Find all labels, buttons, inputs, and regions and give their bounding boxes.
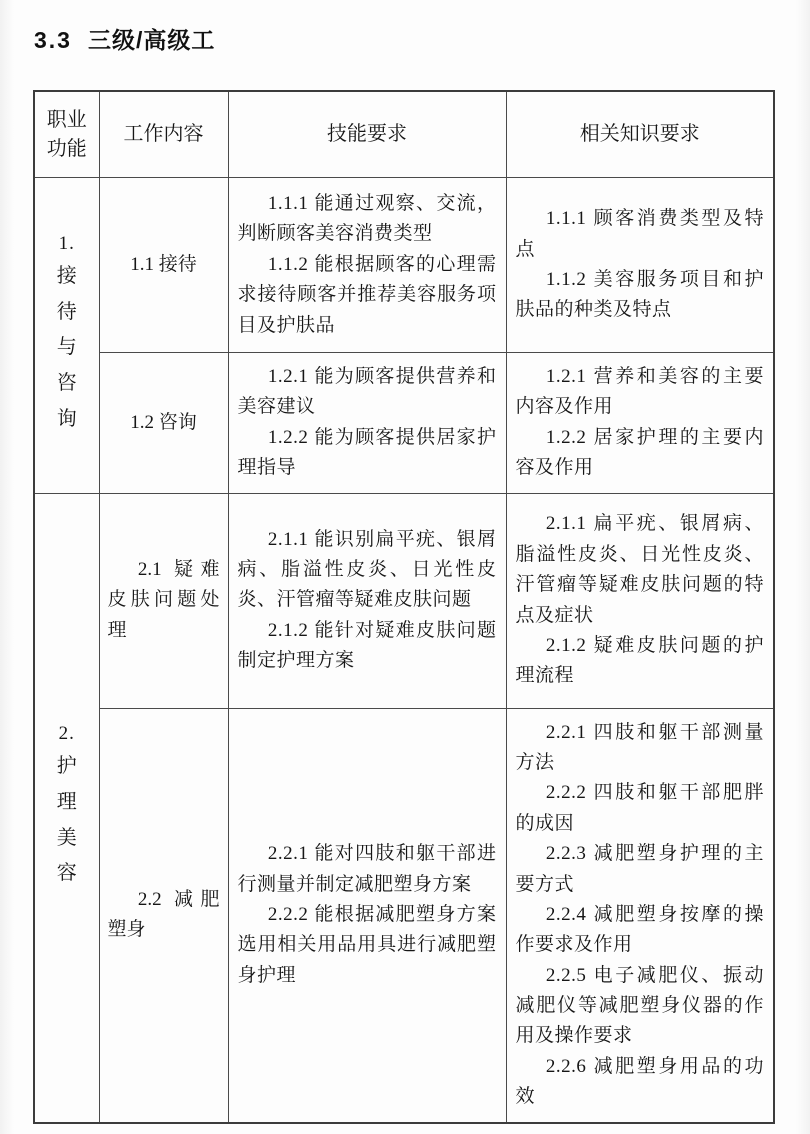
page-title: 3.3三级/高级工 <box>34 22 215 55</box>
document-page: 3.3三级/高级工 职业功能 工作内容 技能要求 相关知识要求 1. 接待与咨询… <box>0 0 810 1134</box>
knowledge-item: 2.1.1 扁平疣、银屑病、脂溢性皮炎、日光性皮炎、汗管瘤等疑难皮肤问题的特点及… <box>516 509 765 631</box>
section-title: 三级/高级工 <box>88 27 215 53</box>
skill-cell-reception: 1.1.1 能通过观察、交流，判断顾客美容消费类型 1.1.2 能根据顾客的心理… <box>228 178 506 353</box>
knowledge-cell-slimming: 2.2.1 四肢和躯干部测量方法 2.2.2 四肢和躯干部肥胖的成因 2.2.3… <box>506 708 774 1123</box>
table-row: 1. 接待与咨询 1.1 接待 1.1.1 能通过观察、交流，判断顾客美容消费类… <box>34 178 774 353</box>
header-work-content: 工作内容 <box>99 91 228 178</box>
function-number: 1. <box>35 233 99 255</box>
work-label: 2.2 减肥塑身 <box>108 885 220 946</box>
knowledge-item: 2.2.3 减肥塑身护理的主要方式 <box>516 839 765 900</box>
header-occupational-function: 职业功能 <box>34 91 99 178</box>
skill-cell-consultation: 1.2.1 能为顾客提供营养和美容建议 1.2.2 能为顾客提供居家护理指导 <box>228 353 506 494</box>
knowledge-item: 2.2.5 电子减肥仪、振动减肥仪等减肥塑身仪器的作用及操作要求 <box>516 961 765 1052</box>
knowledge-cell-consultation: 1.2.1 营养和美容的主要内容及作用 1.2.2 居家护理的主要内容及作用 <box>506 353 774 494</box>
standard-table: 职业功能 工作内容 技能要求 相关知识要求 1. 接待与咨询 1.1 接待 1.… <box>33 90 775 1124</box>
skill-item: 2.1.2 能针对疑难皮肤问题制定护理方案 <box>238 616 497 677</box>
header-skill-requirements: 技能要求 <box>228 91 506 178</box>
knowledge-item: 2.2.2 四肢和躯干部肥胖的成因 <box>516 778 765 839</box>
function-cell-reception-consultation: 1. 接待与咨询 <box>34 178 99 494</box>
work-cell-slimming: 2.2 减肥塑身 <box>99 708 228 1123</box>
skill-item: 2.2.2 能根据减肥塑身方案选用相关用品用具进行减肥塑身护理 <box>238 900 497 991</box>
skill-item: 1.1.2 能根据顾客的心理需求接待顾客并推荐美容服务项目及护肤品 <box>238 250 497 341</box>
knowledge-item: 2.2.6 减肥塑身用品的功效 <box>516 1052 765 1113</box>
knowledge-cell-reception: 1.1.1 顾客消费类型及特点 1.1.2 美容服务项目和护肤品的种类及特点 <box>506 178 774 353</box>
function-name-vertical: 接待与咨询 <box>56 259 77 437</box>
skill-item: 2.2.1 能对四肢和躯干部进行测量并制定减肥塑身方案 <box>238 839 497 900</box>
skill-item: 1.2.2 能为顾客提供居家护理指导 <box>238 423 497 484</box>
table-header-row: 职业功能 工作内容 技能要求 相关知识要求 <box>34 91 774 178</box>
table-row: 2.2 减肥塑身 2.2.1 能对四肢和躯干部进行测量并制定减肥塑身方案 2.2… <box>34 708 774 1123</box>
table-row: 2. 护理美容 2.1 疑难皮肤问题处理 2.1.1 能识别扁平疣、银屑病、脂溢… <box>34 493 774 708</box>
skill-cell-slimming: 2.2.1 能对四肢和躯干部进行测量并制定减肥塑身方案 2.2.2 能根据减肥塑… <box>228 708 506 1123</box>
work-cell-difficult-skin: 2.1 疑难皮肤问题处理 <box>99 493 228 708</box>
knowledge-item: 2.2.4 减肥塑身按摩的操作要求及作用 <box>516 900 765 961</box>
work-cell-reception: 1.1 接待 <box>99 178 228 353</box>
function-number: 2. <box>35 723 99 745</box>
section-number: 3.3 <box>34 27 72 53</box>
knowledge-item: 2.1.2 疑难皮肤问题的护理流程 <box>516 631 765 692</box>
work-cell-consultation: 1.2 咨询 <box>99 353 228 494</box>
knowledge-item: 1.2.2 居家护理的主要内容及作用 <box>516 423 765 484</box>
knowledge-item: 1.2.1 营养和美容的主要内容及作用 <box>516 362 765 423</box>
work-label: 2.1 疑难皮肤问题处理 <box>108 555 220 646</box>
skill-item: 2.1.1 能识别扁平疣、银屑病、脂溢性皮炎、日光性皮炎、汗管瘤等疑难皮肤问题 <box>238 525 497 616</box>
skill-item: 1.1.1 能通过观察、交流，判断顾客美容消费类型 <box>238 189 497 250</box>
work-label: 1.2 咨询 <box>108 408 220 438</box>
function-name-vertical: 护理美容 <box>56 749 77 891</box>
knowledge-item: 1.1.1 顾客消费类型及特点 <box>516 204 765 265</box>
knowledge-cell-difficult-skin: 2.1.1 扁平疣、银屑病、脂溢性皮炎、日光性皮炎、汗管瘤等疑难皮肤问题的特点及… <box>506 493 774 708</box>
knowledge-item: 2.2.1 四肢和躯干部测量方法 <box>516 718 765 779</box>
skill-cell-difficult-skin: 2.1.1 能识别扁平疣、银屑病、脂溢性皮炎、日光性皮炎、汗管瘤等疑难皮肤问题 … <box>228 493 506 708</box>
table-row: 1.2 咨询 1.2.1 能为顾客提供营养和美容建议 1.2.2 能为顾客提供居… <box>34 353 774 494</box>
header-knowledge-requirements: 相关知识要求 <box>506 91 774 178</box>
skill-item: 1.2.1 能为顾客提供营养和美容建议 <box>238 362 497 423</box>
function-cell-care-beauty: 2. 护理美容 <box>34 493 99 1123</box>
work-label: 1.1 接待 <box>108 250 220 280</box>
knowledge-item: 1.1.2 美容服务项目和护肤品的种类及特点 <box>516 265 765 326</box>
